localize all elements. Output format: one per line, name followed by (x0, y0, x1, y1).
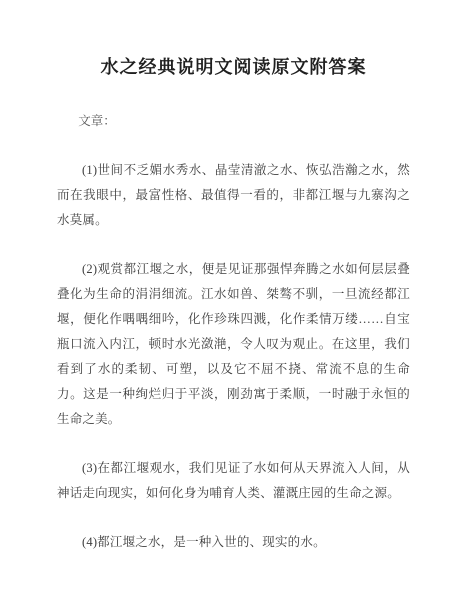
paragraph-2: (2)观赏都江堰之水，便是见证那强悍奔腾之水如何层层叠叠化为生命的涓涓细流。江水… (57, 257, 410, 432)
document-page: 水之经典说明文阅读原文附答案 文章： (1)世间不乏媚水秀水、晶莹清澈之水、恢弘… (0, 0, 463, 600)
article-label: 文章： (57, 109, 410, 134)
paragraph-3: (3)在都江堰观水，我们见证了水如何从天界流入人间，从神话走向现实，如何化身为哺… (57, 456, 410, 506)
paragraph-1: (1)世间不乏媚水秀水、晶莹清澈之水、恢弘浩瀚之水，然而在我眼中，最富性格、最值… (57, 158, 410, 233)
document-title: 水之经典说明文阅读原文附答案 (57, 55, 410, 79)
paragraph-4: (4)都江堰之水，是一种入世的、现实的水。 (57, 530, 410, 555)
